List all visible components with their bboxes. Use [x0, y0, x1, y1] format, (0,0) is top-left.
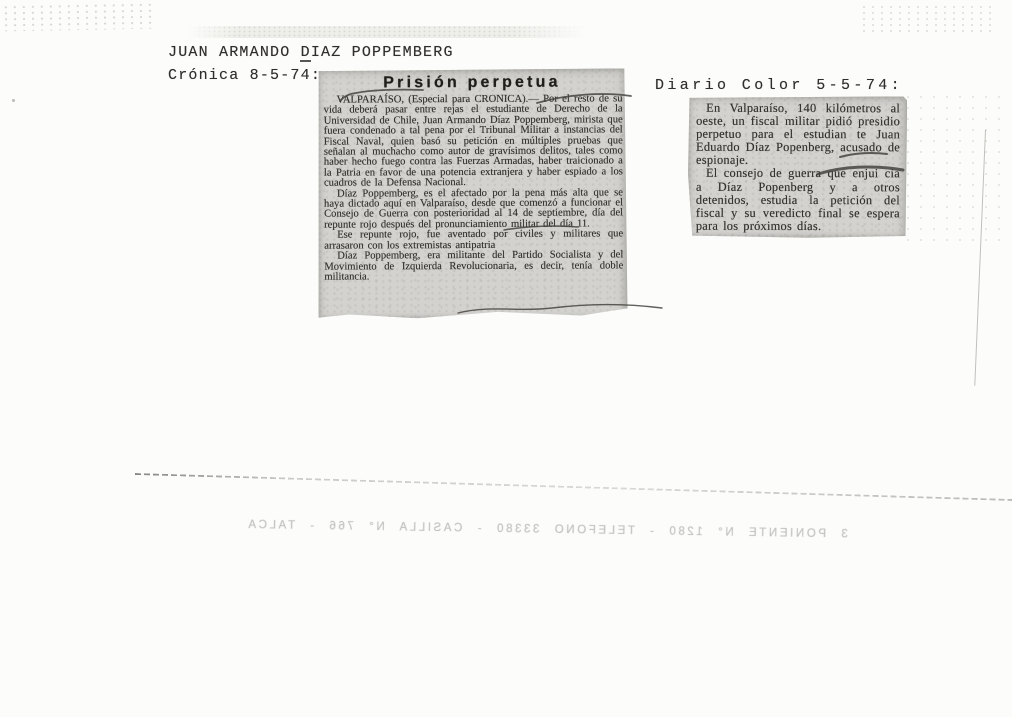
- scratch-line-artifact: [135, 473, 1012, 501]
- clipping-paragraph: Díaz Poppemberg, es el afectado por la p…: [324, 188, 623, 231]
- source-label-diario: Diario Color 5-5-74:: [655, 77, 903, 95]
- clipping-paragraph: En Valparaíso, 140 kilómetros al oeste, …: [696, 102, 900, 168]
- newspaper-clipping-cronica: Prisión perpetua VALPARAÍSO, (Especial p…: [317, 68, 627, 319]
- source-label-cronica: Crónica 8-5-74:: [168, 67, 321, 85]
- clipping-paragraph: Díaz Poppemberg, era militante del Parti…: [324, 250, 623, 283]
- mirrored-letterhead-text: 3 PONIENTE N° 1280 - TELEFONO 33380 - CA…: [246, 519, 848, 540]
- clipping-paragraph: El consejo de guerra que enjui cia a Día…: [696, 167, 900, 233]
- scan-noise-top-right: [862, 5, 997, 35]
- scan-noise-top-left: [4, 3, 156, 32]
- scan-noise-right-margin: [906, 95, 1006, 245]
- clipping-paragraph: VALPARAÍSO, (Especial para CRONICA).— Po…: [324, 94, 623, 189]
- clipping-body: En Valparaíso, 140 kilómetros al oeste, …: [688, 96, 907, 234]
- scanned-archive-page: JUAN ARMANDO DIAZ POPPEMBERG Crónica 8-5…: [0, 0, 1012, 717]
- clipping-body: VALPARAÍSO, (Especial para CRONICA).— Po…: [318, 92, 628, 283]
- newspaper-clipping-diario: En Valparaíso, 140 kilómetros al oeste, …: [688, 96, 907, 239]
- ink-dot: [12, 99, 15, 102]
- clipping-headline: Prisión perpetua: [321, 73, 622, 92]
- clipping-paragraph: Ese repunte rojo, fue aventado por civil…: [324, 230, 623, 252]
- typed-underline-mark: [300, 60, 311, 62]
- mirrored-letterhead: 3 PONIENTE N° 1280 - TELEFONO 33380 - CA…: [246, 515, 786, 541]
- scan-noise-band: [188, 26, 586, 38]
